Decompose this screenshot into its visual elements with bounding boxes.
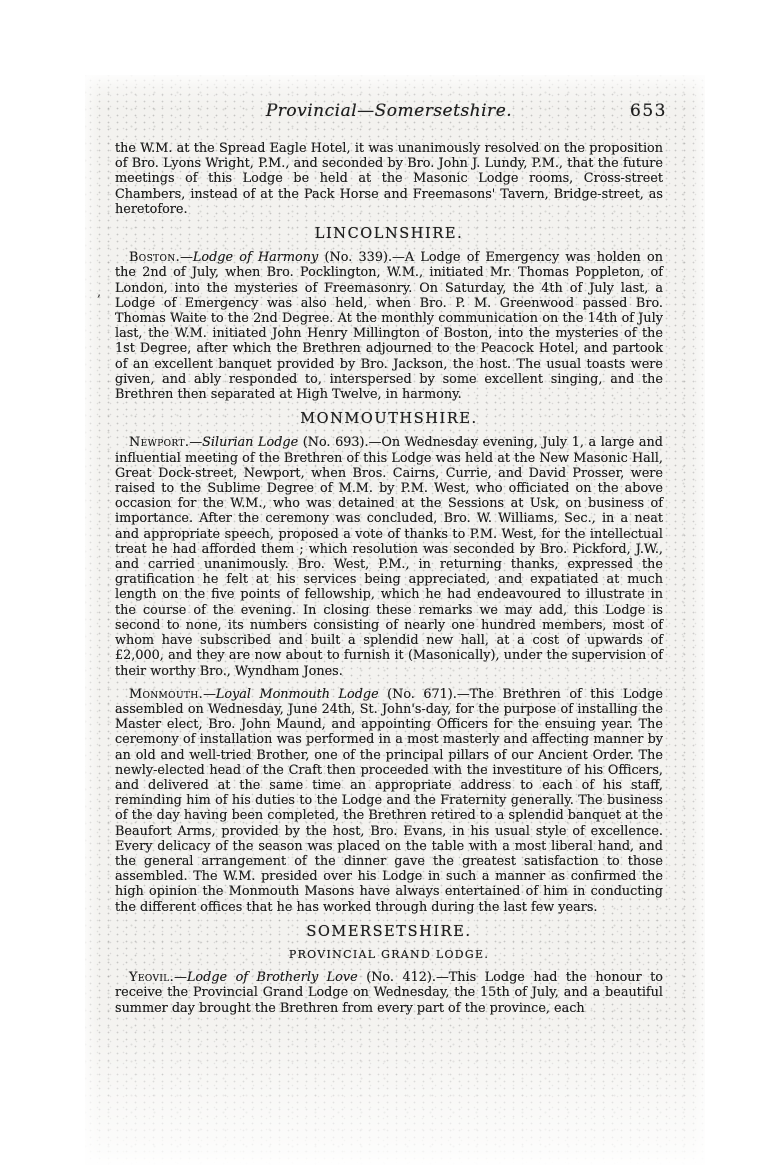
paragraph: Monmouth.—Loyal Monmouth Lodge (No. 671)…	[115, 687, 663, 915]
page-number: 653	[630, 101, 667, 121]
lodge-name: Silurian Lodge	[202, 435, 298, 450]
section-heading: LINCOLNSHIRE.	[115, 227, 663, 242]
lodge-name: Lodge of Harmony	[193, 250, 318, 265]
section-subheading: PROVINCIAL GRAND LODGE.	[115, 947, 663, 962]
place-name: Yeovil.	[129, 970, 174, 985]
lodge-name: Lodge of Brotherly Love	[187, 970, 358, 985]
text-run: —	[189, 435, 202, 450]
text-run: (No. 693).—On Wednesday evening, July 1,…	[115, 435, 663, 678]
paragraph: the W.M. at the Spread Eagle Hotel, it w…	[115, 141, 663, 217]
running-header-title: Provincial—Somersetshire.	[266, 101, 512, 121]
paragraph: Boston.—Lodge of Harmony (No. 339).—A Lo…	[115, 250, 663, 402]
page-content: the W.M. at the Spread Eagle Hotel, it w…	[115, 141, 663, 1016]
lodge-name: Loyal Monmouth Lodge	[216, 687, 379, 702]
place-name: Monmouth.	[129, 687, 203, 702]
text-run: (No. 671).—The Brethren of this Lodge as…	[115, 687, 663, 915]
place-name: Newport.	[129, 435, 189, 450]
text-run: —	[203, 687, 216, 702]
text-run: —	[174, 970, 187, 985]
text-run: (No. 339).—A Lodge of Emergency was hold…	[115, 250, 663, 402]
section-heading: SOMERSETSHIRE.	[115, 925, 663, 940]
text-run: —	[180, 250, 193, 265]
paragraph: Yeovil.—Lodge of Brotherly Love (No. 412…	[115, 970, 663, 1016]
scanned-page: Provincial—Somersetshire. 653 the W.M. a…	[85, 75, 705, 1165]
section-heading: MONMOUTHSHIRE.	[115, 412, 663, 427]
running-header: Provincial—Somersetshire. 653	[115, 101, 663, 121]
paragraph: Newport.—Silurian Lodge (No. 693).—On We…	[115, 435, 663, 678]
place-name: Boston.	[129, 250, 180, 265]
text-run: the W.M. at the Spread Eagle Hotel, it w…	[115, 141, 663, 217]
scan-speck-artifact: ,	[97, 285, 101, 300]
